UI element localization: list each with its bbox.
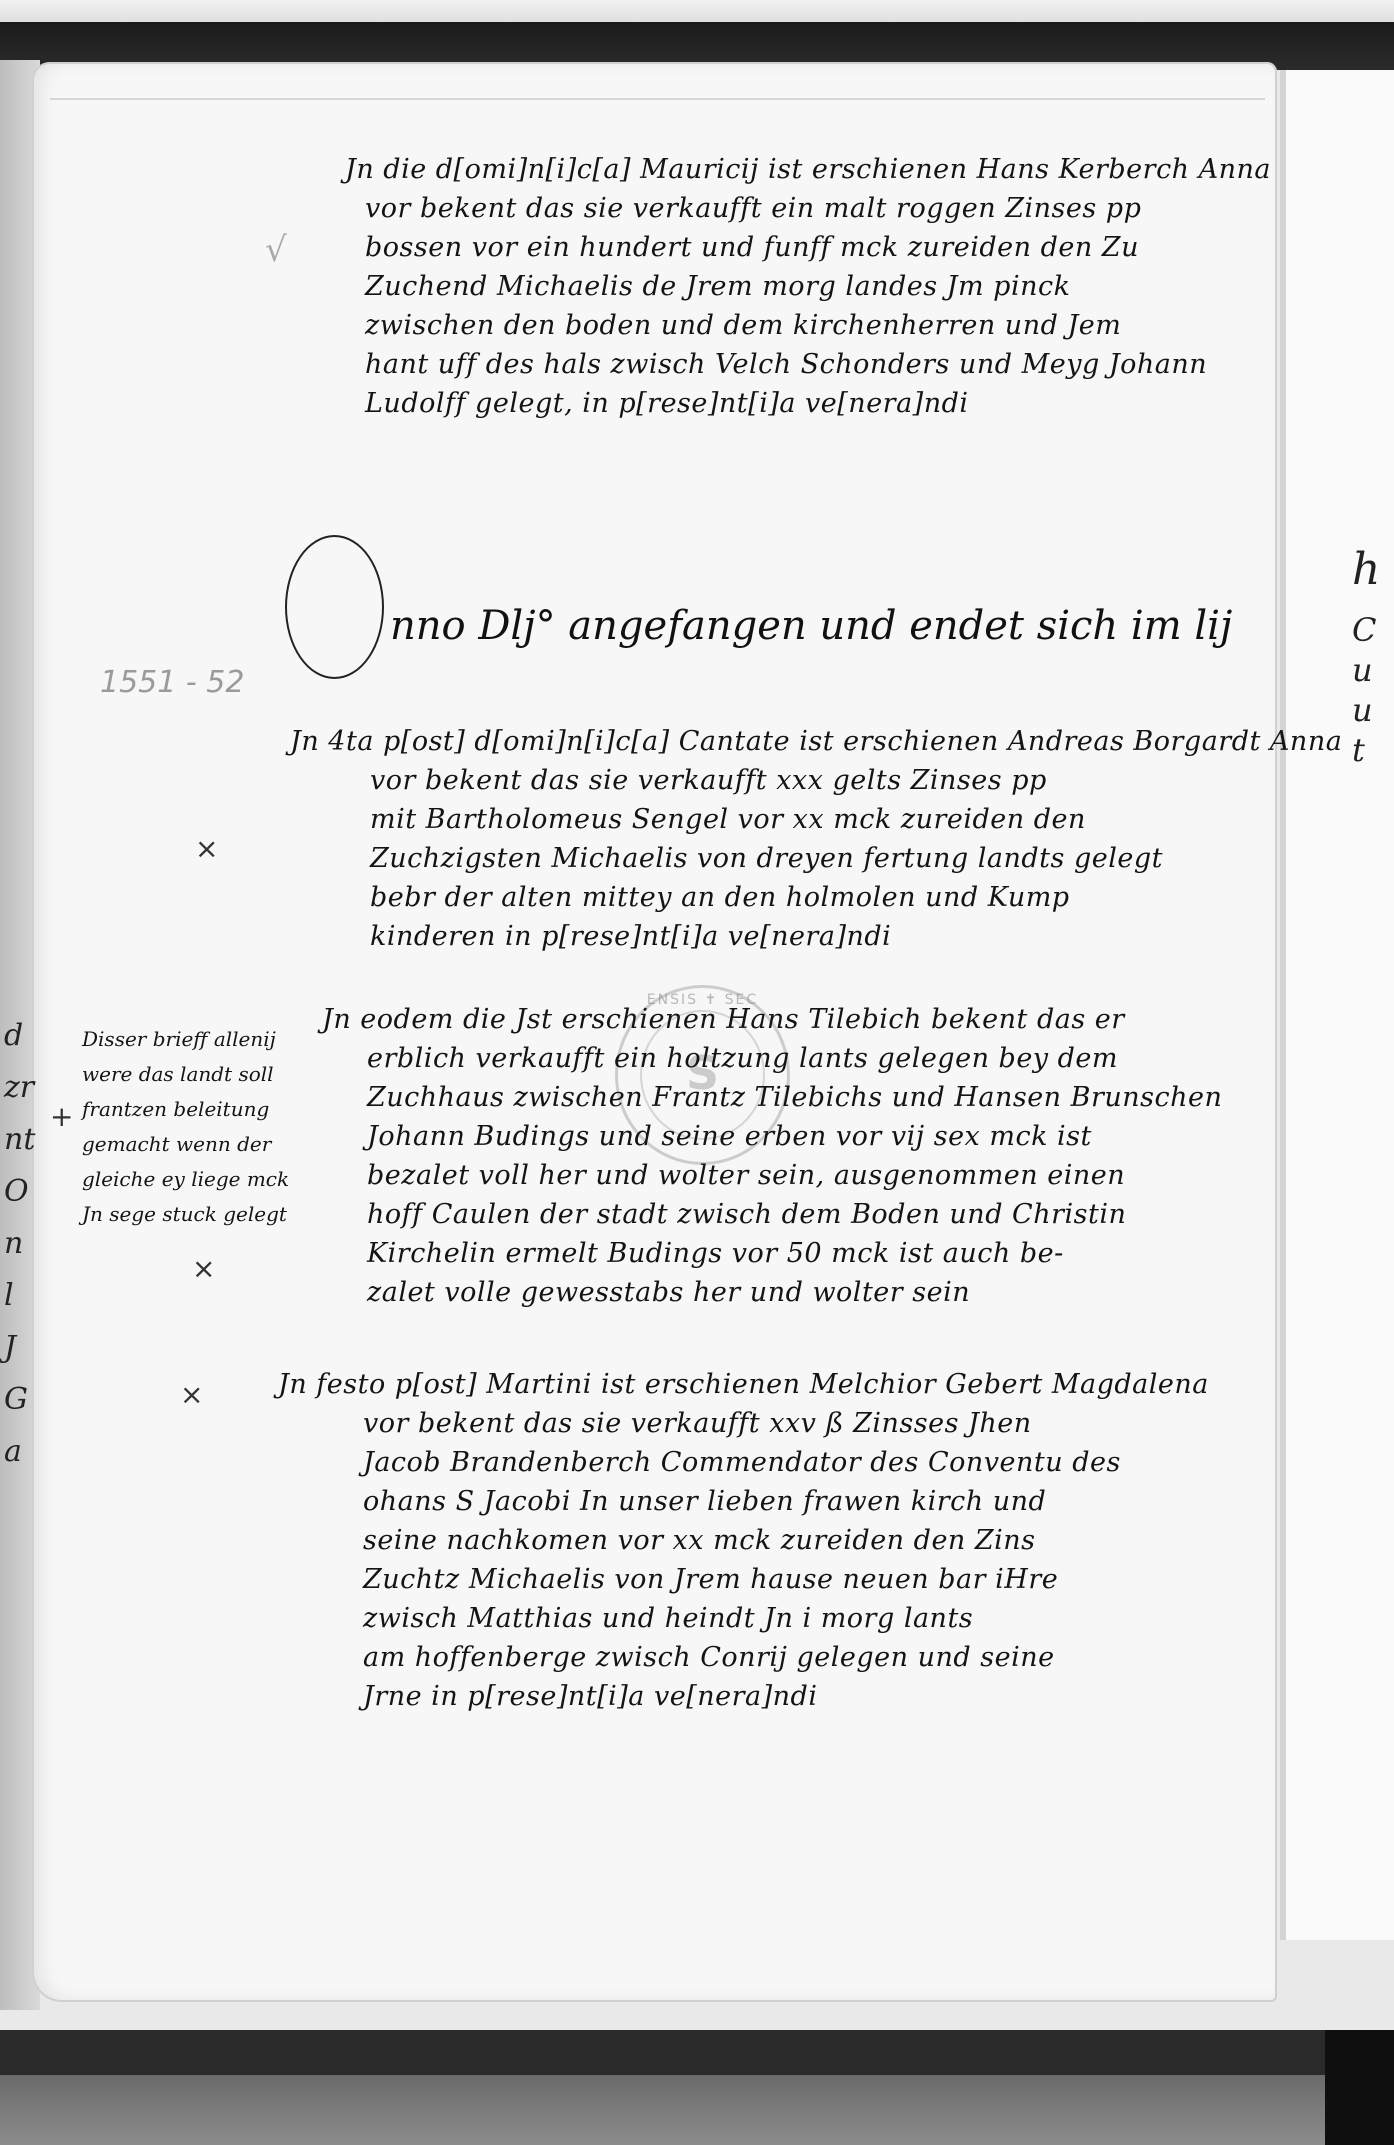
entry-2: Jn 4ta p[ost] d[omi]n[i]c[a] Cantate ist… <box>290 722 1342 956</box>
check-mark: √ <box>265 230 287 270</box>
facing-page-edge <box>1280 70 1394 1940</box>
binding-shadow-bottom <box>0 2030 1394 2080</box>
entry-line: Zuchzigsten Michaelis von dreyen fertung… <box>290 839 1342 878</box>
cross-mark: × <box>192 1252 215 1285</box>
entry-line: vor bekent das sie verkaufft xxx gelts Z… <box>290 761 1342 800</box>
entry-line: Jn die d[omi]n[i]c[a] Mauricij ist ersch… <box>345 150 1271 189</box>
entry-line: Zuchtz Michaelis von Jrem hause neuen ba… <box>278 1560 1209 1599</box>
scanner-background-bottom <box>0 2075 1394 2145</box>
entry-line: am hoffenberge zwisch Conrij gelegen und… <box>278 1638 1209 1677</box>
entry-line: zalet volle gewesstabs her und wolter se… <box>322 1273 1222 1312</box>
entry-line: Johann Budings und seine erben vor vij s… <box>322 1117 1222 1156</box>
entry-line: Zuchhaus zwischen Frantz Tilebichs und H… <box>322 1078 1222 1117</box>
left-edge-fragments: d zr nt O n l J G a <box>4 1010 34 1478</box>
entry-line: Jn eodem die Jst erschienen Hans Tilebic… <box>322 1000 1222 1039</box>
entry-line: zwisch Matthias und heindt Jn i morg lan… <box>278 1599 1209 1638</box>
entry-line: Jacob Brandenberch Commendator des Conve… <box>278 1443 1209 1482</box>
entry-line: kinderen in p[rese]nt[i]a ve[nera]ndi <box>290 917 1342 956</box>
entry-line: vor bekent das sie verkaufft xxv ß Zinss… <box>278 1404 1209 1443</box>
year-heading: nno Dlj° angefangen und endet sich im li… <box>285 535 1232 679</box>
right-page-fragments: h C u u t <box>1352 530 1380 770</box>
entry-line: Ludolff gelegt, in p[rese]nt[i]a ve[nera… <box>345 384 1271 423</box>
entry-line: Kirchelin ermelt Budings vor 50 mck ist … <box>322 1234 1222 1273</box>
margin-note: Disser brieff allenij were das landt sol… <box>82 1022 289 1232</box>
page-torn-top-edge <box>50 78 1265 100</box>
entry-line: bebr der alten mittey an den holmolen un… <box>290 878 1342 917</box>
entry-line: bossen vor ein hundert und funff mck zur… <box>345 228 1271 267</box>
scanner-corner-shadow <box>1325 2030 1394 2145</box>
decorated-initial <box>285 535 384 679</box>
entry-line: Jn festo p[ost] Martini ist erschienen M… <box>278 1365 1209 1404</box>
entry-4: Jn festo p[ost] Martini ist erschienen M… <box>278 1365 1209 1716</box>
entry-line: erblich verkaufft ein holtzung lants gel… <box>322 1039 1222 1078</box>
entry-line: vor bekent das sie verkaufft ein malt ro… <box>345 189 1271 228</box>
entry-line: bezalet voll her und wolter sein, ausgen… <box>322 1156 1222 1195</box>
entry-3: Jn eodem die Jst erschienen Hans Tilebic… <box>322 1000 1222 1312</box>
pencil-date-annotation: 1551 - 52 <box>100 665 244 700</box>
entry-line: ohans S Jacobi In unser lieben frawen ki… <box>278 1482 1209 1521</box>
cross-mark: × <box>180 1378 203 1411</box>
entry-line: Jrne in p[rese]nt[i]a ve[nera]ndi <box>278 1677 1209 1716</box>
entry-line: Jn 4ta p[ost] d[omi]n[i]c[a] Cantate ist… <box>290 722 1342 761</box>
entry-line: hant uff des hals zwisch Velch Schonders… <box>345 345 1271 384</box>
cross-mark: × <box>195 832 218 865</box>
entry-line: hoff Caulen der stadt zwisch dem Boden u… <box>322 1195 1222 1234</box>
entry-1: Jn die d[omi]n[i]c[a] Mauricij ist ersch… <box>345 150 1271 423</box>
entry-line: mit Bartholomeus Sengel vor xx mck zurei… <box>290 800 1342 839</box>
entry-line: Zuchend Michaelis de Jrem morg landes Jm… <box>345 267 1271 306</box>
entry-line: zwischen den boden und dem kirchenherren… <box>345 306 1271 345</box>
plus-mark: + <box>50 1100 73 1133</box>
entry-line: seine nachkomen vor xx mck zureiden den … <box>278 1521 1209 1560</box>
